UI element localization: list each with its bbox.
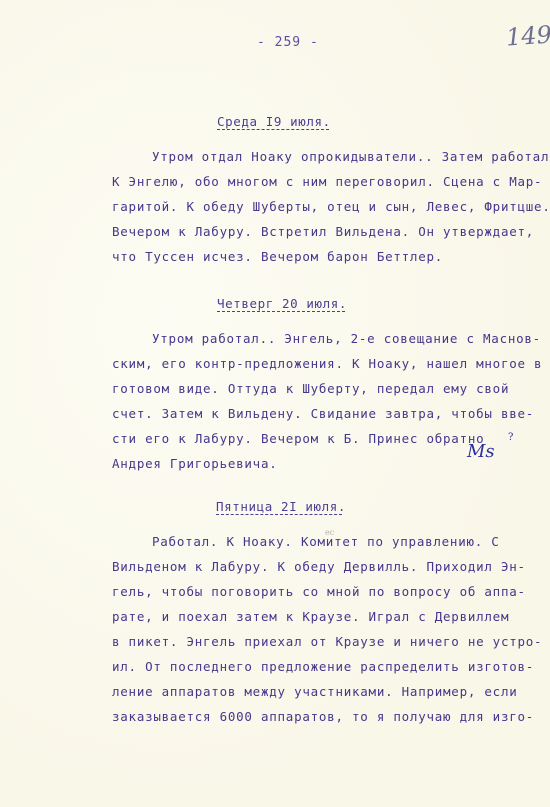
text-line: ление аппаратов между участниками. Напри… bbox=[112, 684, 518, 699]
document-page: - 259 - 149 Среда I9 июля. Утром отдал Н… bbox=[0, 0, 550, 807]
text-line: заказывается 6000 аппаратов, то я получа… bbox=[112, 709, 534, 724]
entry-heading-thursday: Четверг 20 июля. bbox=[217, 296, 347, 312]
text-line: гаритой. К обеду Шуберты, отец и сын, Ле… bbox=[112, 199, 550, 214]
text-line: счет. Затем к Вильдену. Свидание завтра,… bbox=[112, 406, 534, 421]
heading-underline bbox=[217, 129, 329, 130]
handwritten-question-mark: ? bbox=[508, 432, 513, 443]
text-line: Утром отдал Ноаку опрокидыватели.. Затем… bbox=[152, 149, 549, 164]
text-line: Утром работал.. Энгель, 2-е совещание с … bbox=[152, 331, 541, 346]
heading-underline bbox=[217, 311, 345, 312]
page-number: - 259 - bbox=[257, 35, 319, 50]
text-line: рате, и поехал затем к Краузе. Играл с Д… bbox=[112, 609, 509, 624]
text-line: Андрея Григорьевича. bbox=[112, 456, 278, 471]
entry-heading-wednesday: Среда I9 июля. bbox=[217, 114, 331, 130]
text-line: что Туссен исчез. Вечером барон Беттлер. bbox=[112, 249, 443, 264]
text-line: в пикет. Энгель приехал от Краузе и ниче… bbox=[112, 634, 542, 649]
text-line: ил. От последнего предложение распредели… bbox=[112, 659, 534, 674]
entry-heading-friday: Пятница 2I июля. bbox=[216, 499, 346, 515]
heading-underline bbox=[216, 514, 342, 515]
text-line: гель, чтобы поговорить со мной по вопрос… bbox=[112, 584, 526, 599]
text-line: ским, его контр-предложения. К Ноаку, на… bbox=[112, 356, 542, 371]
archive-number-handwritten: 149 bbox=[505, 20, 550, 51]
text-line: сти его к Лабуру. Вечером к Б. Принес об… bbox=[112, 431, 484, 446]
handwritten-ms-annotation: Ms bbox=[467, 441, 495, 462]
heading-text: Среда I9 июля. bbox=[217, 114, 331, 129]
heading-text: Пятница 2I июля. bbox=[216, 499, 346, 514]
heading-text: Четверг 20 июля. bbox=[217, 296, 347, 311]
faint-correction-mark: ес bbox=[325, 528, 334, 537]
text-line: Вильденом к Лабуру. К обеду Дервилль. Пр… bbox=[112, 559, 526, 574]
text-line: готовом виде. Оттуда к Шуберту, передал … bbox=[112, 381, 509, 396]
text-line: К Энгелю, обо многом с ним переговорил. … bbox=[112, 174, 542, 189]
text-line: Вечером к Лабуру. Встретил Вильдена. Он … bbox=[112, 224, 534, 239]
